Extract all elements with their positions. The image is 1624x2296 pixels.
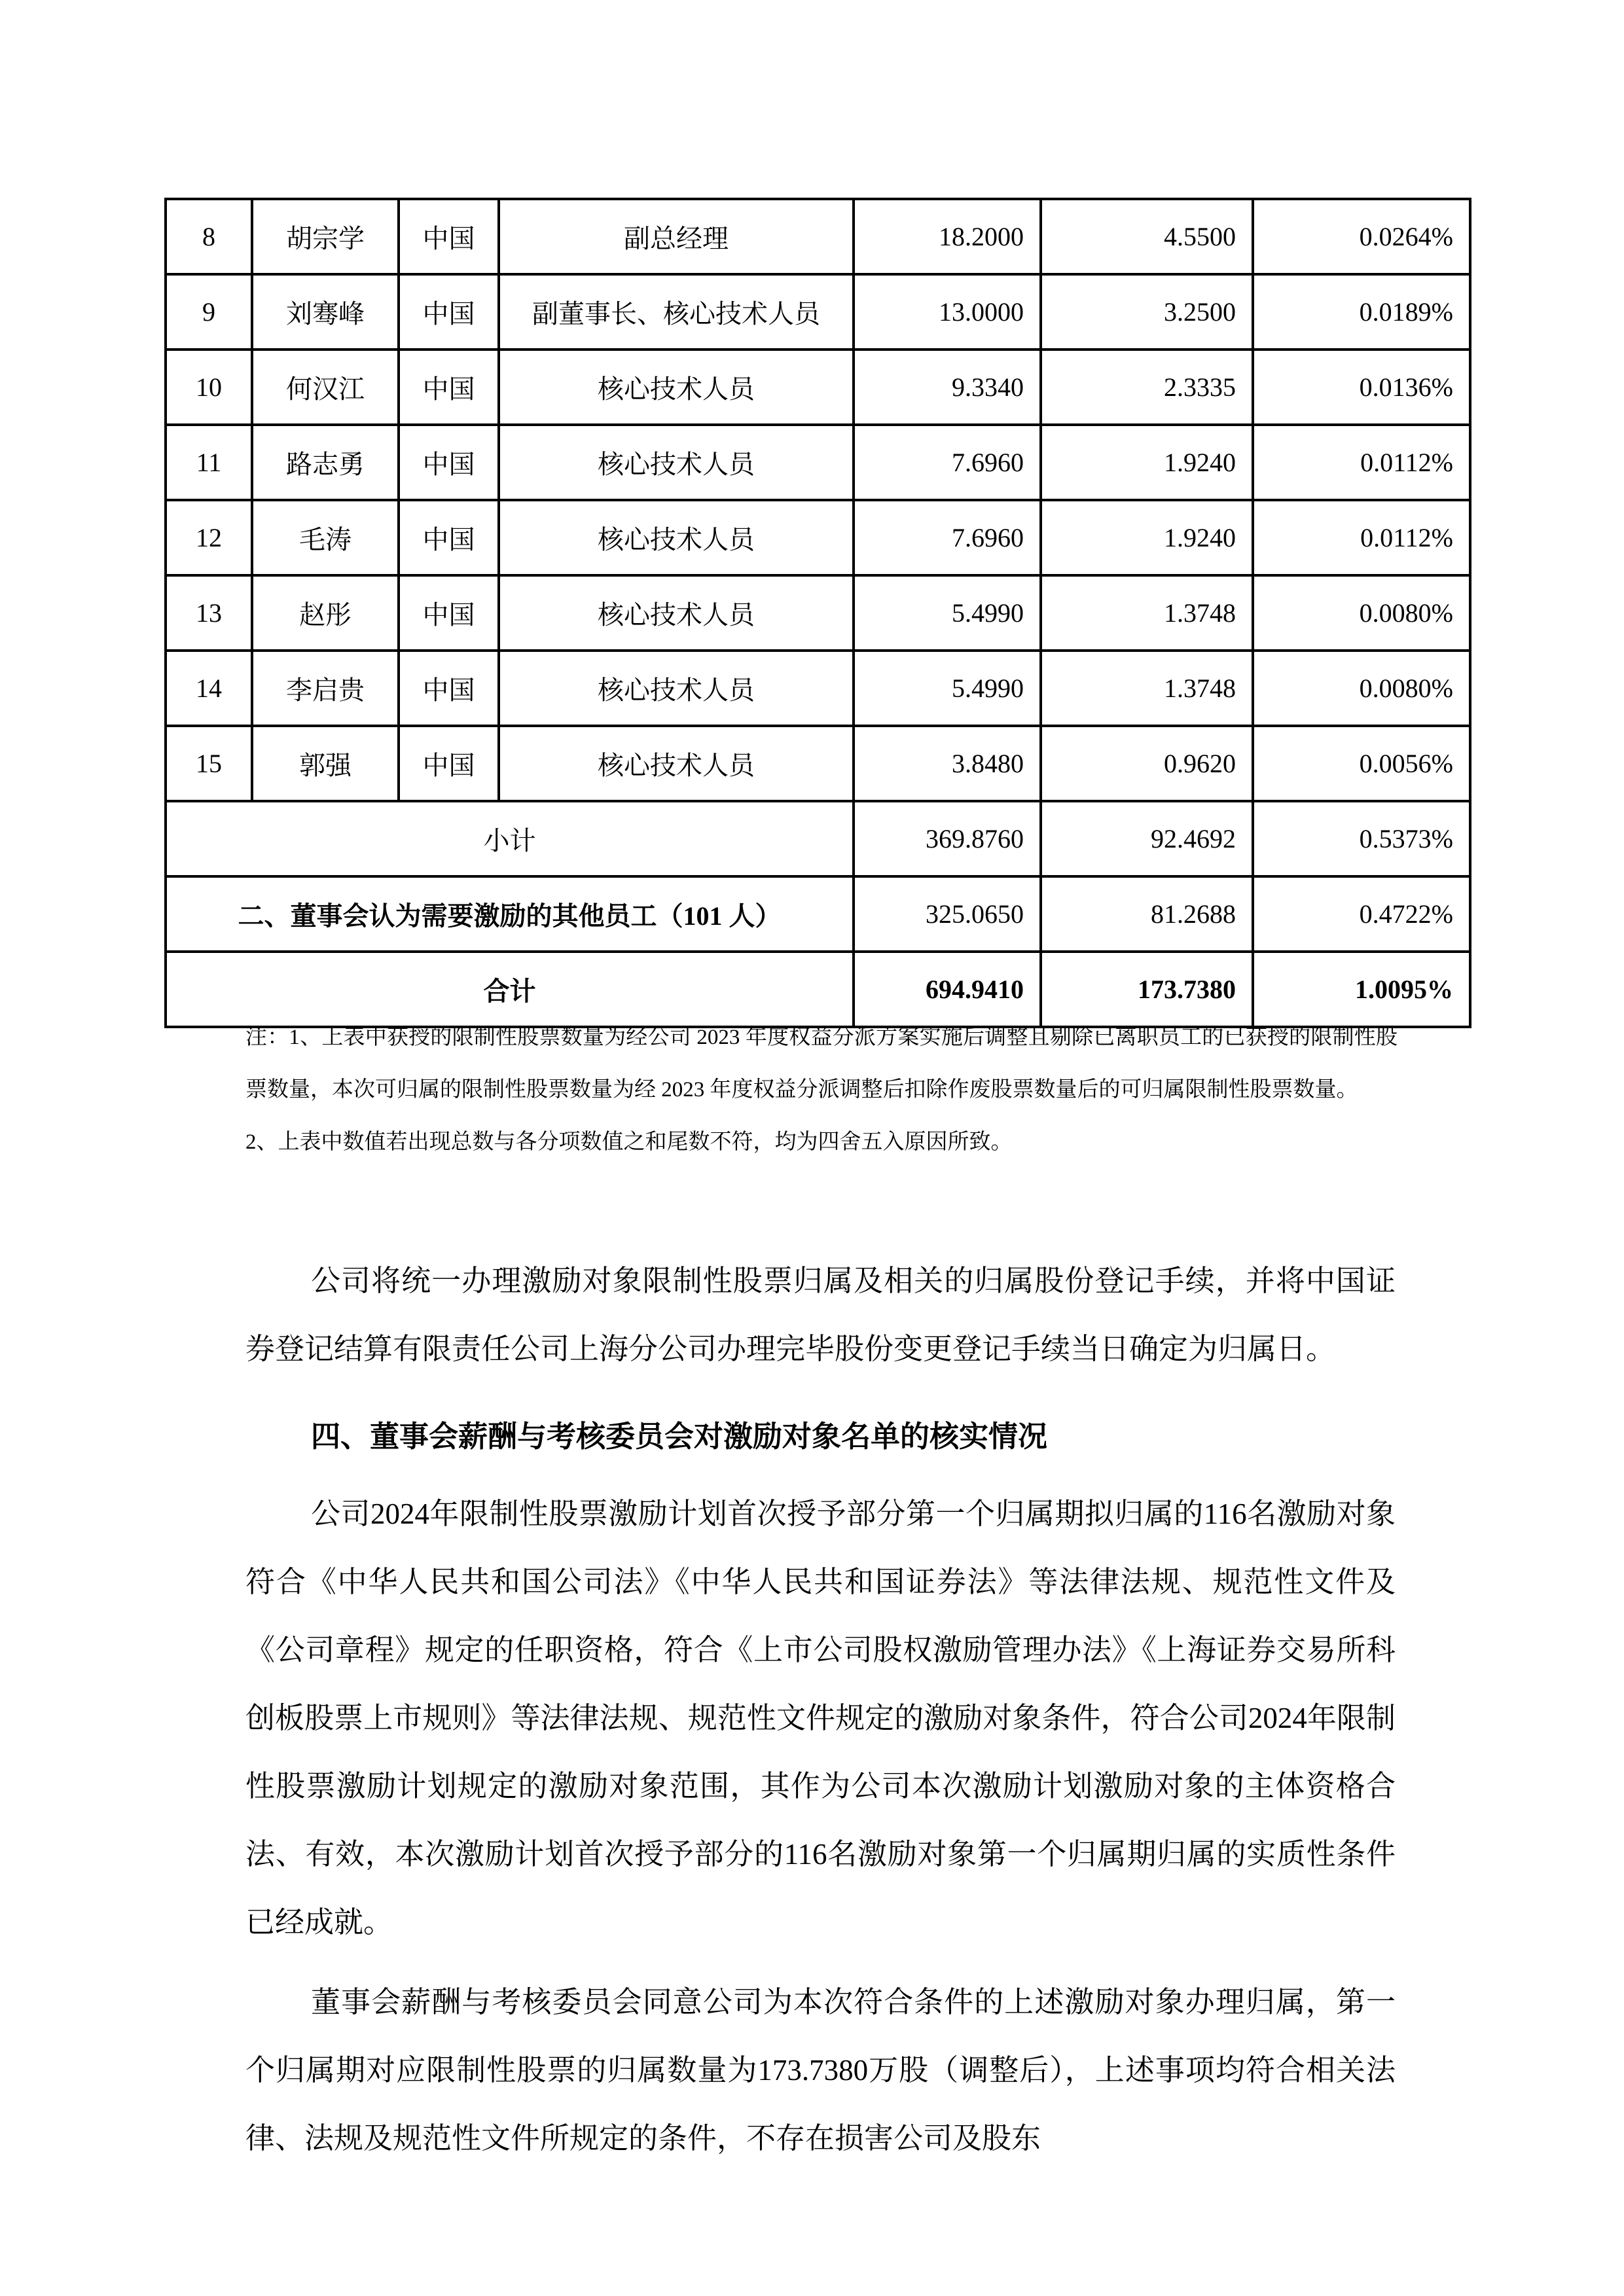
cell-position: 核心技术人员: [499, 575, 854, 651]
cell-index: 10: [166, 350, 252, 425]
cell-index: 14: [166, 651, 252, 726]
table-row: 15 郭强 中国 核心技术人员 3.8480 0.9620 0.0056%: [166, 726, 1470, 801]
cell-position: 核心技术人员: [499, 726, 854, 801]
cell-position: 核心技术人员: [499, 425, 854, 500]
cell-nationality: 中国: [399, 726, 499, 801]
cell-vestable-shares: 1.9240: [1041, 500, 1253, 575]
cell-granted-shares: 13.0000: [854, 274, 1041, 350]
cell-position: 核心技术人员: [499, 350, 854, 425]
cell-vestable-shares: 1.3748: [1041, 651, 1253, 726]
table-row: 9 刘骞峰 中国 副董事长、核心技术人员 13.0000 3.2500 0.01…: [166, 274, 1470, 350]
table-row: 13 赵彤 中国 核心技术人员 5.4990 1.3748 0.0080%: [166, 575, 1470, 651]
table-row: 8 胡宗学 中国 副总经理 18.2000 4.5500 0.0264%: [166, 199, 1470, 274]
cell-name: 刘骞峰: [252, 274, 399, 350]
subtotal-vestable: 92.4692: [1041, 801, 1253, 876]
body-text: 公司将统一办理激励对象限制性股票归属及相关的归属股份登记手续，并将中国证券登记结…: [245, 1247, 1396, 2184]
cell-position: 副董事长、核心技术人员: [499, 274, 854, 350]
cell-capital-ratio: 0.0112%: [1253, 425, 1470, 500]
subtotal-label: 小计: [166, 801, 854, 876]
incentive-grant-table: 8 胡宗学 中国 副总经理 18.2000 4.5500 0.0264% 9 刘…: [164, 198, 1471, 1028]
other-employees-label: 二、董事会认为需要激励的其他员工（101 人）: [166, 876, 854, 952]
table-notes: 注：1、上表中获授的限制性股票数量为经公司 2023 年度权益分派方案实施后调整…: [245, 1011, 1398, 1168]
cell-name: 何汉江: [252, 350, 399, 425]
cell-granted-shares: 18.2000: [854, 199, 1041, 274]
cell-index: 8: [166, 199, 252, 274]
other-employees-granted: 325.0650: [854, 876, 1041, 952]
cell-capital-ratio: 0.0264%: [1253, 199, 1470, 274]
cell-vestable-shares: 1.9240: [1041, 425, 1253, 500]
cell-index: 15: [166, 726, 252, 801]
cell-name: 胡宗学: [252, 199, 399, 274]
paragraph-eligibility: 公司2024年限制性股票激励计划首次授予部分第一个归属期拟归属的116名激励对象…: [245, 1480, 1396, 1956]
cell-nationality: 中国: [399, 500, 499, 575]
cell-name: 李启贵: [252, 651, 399, 726]
cell-name: 路志勇: [252, 425, 399, 500]
cell-name: 郭强: [252, 726, 399, 801]
subtotal-granted: 369.8760: [854, 801, 1041, 876]
cell-granted-shares: 3.8480: [854, 726, 1041, 801]
paragraph-registration: 公司将统一办理激励对象限制性股票归属及相关的归属股份登记手续，并将中国证券登记结…: [245, 1247, 1396, 1383]
cell-vestable-shares: 1.3748: [1041, 575, 1253, 651]
cell-granted-shares: 7.6960: [854, 500, 1041, 575]
note-1: 注：1、上表中获授的限制性股票数量为经公司 2023 年度权益分派方案实施后调整…: [245, 1011, 1398, 1116]
cell-vestable-shares: 4.5500: [1041, 199, 1253, 274]
note-2: 2、上表中数值若出现总数与各分项数值之和尾数不符，均为四舍五入原因所致。: [245, 1116, 1398, 1168]
cell-name: 毛涛: [252, 500, 399, 575]
cell-granted-shares: 7.6960: [854, 425, 1041, 500]
cell-capital-ratio: 0.0136%: [1253, 350, 1470, 425]
cell-index: 11: [166, 425, 252, 500]
cell-nationality: 中国: [399, 199, 499, 274]
cell-nationality: 中国: [399, 425, 499, 500]
cell-capital-ratio: 0.0189%: [1253, 274, 1470, 350]
cell-capital-ratio: 0.0080%: [1253, 575, 1470, 651]
paragraph-agreement: 董事会薪酬与考核委员会同意公司为本次符合条件的上述激励对象办理归属，第一个归属期…: [245, 1968, 1396, 2172]
subtotal-ratio: 0.5373%: [1253, 801, 1470, 876]
cell-nationality: 中国: [399, 651, 499, 726]
table-summary-rows: 小计 369.8760 92.4692 0.5373% 二、董事会认为需要激励的…: [166, 801, 1470, 1027]
cell-index: 9: [166, 274, 252, 350]
cell-position: 核心技术人员: [499, 500, 854, 575]
table-row: 10 何汉江 中国 核心技术人员 9.3340 2.3335 0.0136%: [166, 350, 1470, 425]
table-data-rows: 8 胡宗学 中国 副总经理 18.2000 4.5500 0.0264% 9 刘…: [166, 199, 1470, 801]
other-employees-vestable: 81.2688: [1041, 876, 1253, 952]
cell-index: 12: [166, 500, 252, 575]
cell-capital-ratio: 0.0080%: [1253, 651, 1470, 726]
cell-vestable-shares: 3.2500: [1041, 274, 1253, 350]
cell-granted-shares: 5.4990: [854, 575, 1041, 651]
cell-granted-shares: 5.4990: [854, 651, 1041, 726]
table-row: 12 毛涛 中国 核心技术人员 7.6960 1.9240 0.0112%: [166, 500, 1470, 575]
other-employees-ratio: 0.4722%: [1253, 876, 1470, 952]
table-row: 14 李启贵 中国 核心技术人员 5.4990 1.3748 0.0080%: [166, 651, 1470, 726]
table-row: 11 路志勇 中国 核心技术人员 7.6960 1.9240 0.0112%: [166, 425, 1470, 500]
cell-capital-ratio: 0.0112%: [1253, 500, 1470, 575]
section-heading-4: 四、董事会薪酬与考核委员会对激励对象名单的核实情况: [245, 1403, 1396, 1471]
cell-position: 副总经理: [499, 199, 854, 274]
cell-granted-shares: 9.3340: [854, 350, 1041, 425]
cell-vestable-shares: 0.9620: [1041, 726, 1253, 801]
subtotal-row: 小计 369.8760 92.4692 0.5373%: [166, 801, 1470, 876]
cell-capital-ratio: 0.0056%: [1253, 726, 1470, 801]
cell-name: 赵彤: [252, 575, 399, 651]
cell-index: 13: [166, 575, 252, 651]
other-employees-row: 二、董事会认为需要激励的其他员工（101 人） 325.0650 81.2688…: [166, 876, 1470, 952]
cell-vestable-shares: 2.3335: [1041, 350, 1253, 425]
cell-nationality: 中国: [399, 274, 499, 350]
document-page: 8 胡宗学 中国 副总经理 18.2000 4.5500 0.0264% 9 刘…: [0, 0, 1624, 2296]
cell-nationality: 中国: [399, 350, 499, 425]
cell-nationality: 中国: [399, 575, 499, 651]
cell-position: 核心技术人员: [499, 651, 854, 726]
